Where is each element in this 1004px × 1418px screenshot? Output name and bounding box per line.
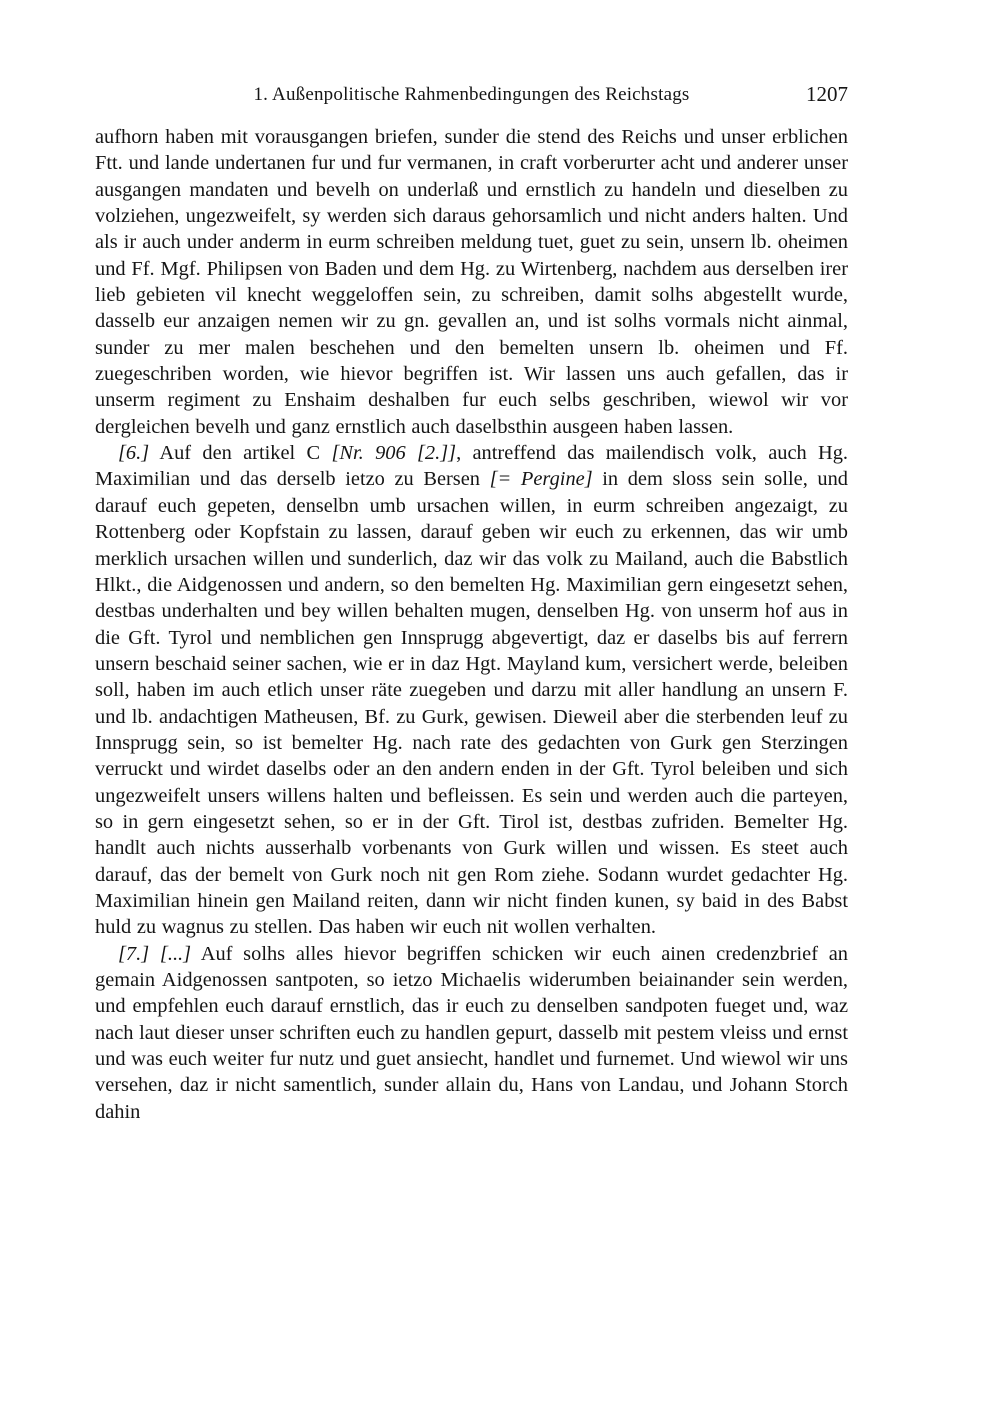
- paragraph-continuation: aufhorn haben mit vorausgangen briefen, …: [95, 124, 848, 440]
- paragraph-article-7: [7.] [...] Auf solhs alles hievor begrif…: [95, 941, 848, 1125]
- body-text: aufhorn haben mit vorausgangen briefen, …: [95, 124, 848, 1125]
- editorial-reference: [Nr. 906 [2.]]: [331, 442, 456, 464]
- paragraph-segment: Auf solhs alles hievor begriffen schicke…: [95, 943, 848, 1123]
- text-column: 1. Außenpolitische Rahmenbedingungen des…: [95, 84, 848, 1125]
- page-number: 1207: [806, 82, 848, 107]
- paragraph-segment: Auf den artikel C: [149, 442, 331, 464]
- chapter-running-title: 1. Außenpolitische Rahmenbedingungen des…: [95, 84, 848, 106]
- paragraph-segment: in dem sloss sein solle, und darauf euch…: [95, 468, 848, 938]
- paragraph-article-6: [6.] Auf den artikel C [Nr. 906 [2.]], a…: [95, 440, 848, 941]
- editorial-marker: [6.]: [118, 442, 149, 464]
- paragraph-segment: aufhorn haben mit vorausgangen briefen, …: [95, 126, 848, 438]
- running-head: 1. Außenpolitische Rahmenbedingungen des…: [95, 84, 848, 112]
- book-page: 1. Außenpolitische Rahmenbedingungen des…: [0, 0, 1004, 1418]
- editorial-marker: [7.] [...]: [118, 943, 191, 965]
- editorial-gloss: [= Pergine]: [490, 468, 593, 490]
